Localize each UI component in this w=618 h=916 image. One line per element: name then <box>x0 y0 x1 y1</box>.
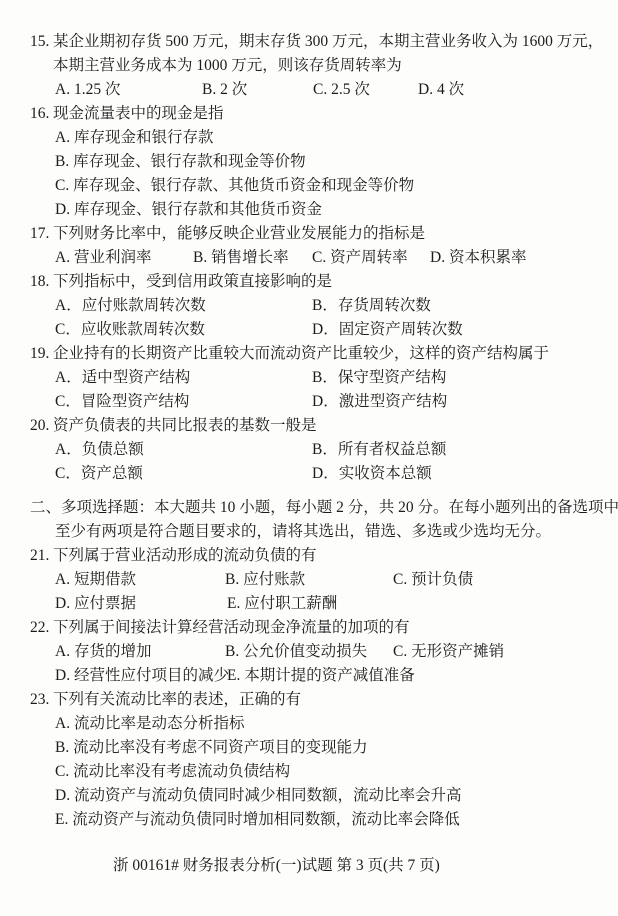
question-23: 23.下列有关流动比率的表述，正确的有 A. 流动比率是动态分析指标 B. 流动… <box>30 688 610 832</box>
q23-option-d: D. 流动资产与流动负债同时减少相同数额，流动比率会升高 <box>30 784 610 808</box>
q16-option-d: D. 库存现金、银行存款和其他货币资金 <box>30 198 610 222</box>
q15-option-d: D. 4 次 <box>418 78 464 102</box>
q19-options-row-2: C．冒险型资产结构D．激进型资产结构 <box>30 390 610 414</box>
section-2-line-2: 至少有两项是符合题目要求的，请将其选出，错选、多选或少选均无分。 <box>30 520 610 544</box>
q16-option-c: C. 库存现金、银行存款、其他货币资金和现金等价物 <box>30 174 610 198</box>
q15-option-c: C. 2.5 次 <box>313 78 418 102</box>
q19-number: 19. <box>30 342 53 366</box>
q19-stem: 企业持有的长期资产比重较大而流动资产比重较少，这样的资产结构属于 <box>53 345 549 362</box>
q18-stem-line: 18.下列指标中，受到信用政策直接影响的是 <box>30 270 610 294</box>
q15-option-a: A. 1.25 次 <box>55 78 202 102</box>
q21-options-row-1: A. 短期借款B. 应付账款C. 预计负债 <box>30 568 610 592</box>
section-2-line-1: 二、多项选择题：本大题共 10 小题，每小题 2 分，共 20 分。在每小题列出… <box>30 496 610 520</box>
q19-option-b: B．保守型资产结构 <box>312 366 446 390</box>
q18-option-d: D．固定资产周转次数 <box>312 318 463 342</box>
q15-options: A. 1.25 次B. 2 次C. 2.5 次D. 4 次 <box>30 78 610 102</box>
q21-option-c: C. 预计负债 <box>393 568 473 592</box>
section-2-label: 二、 <box>30 499 61 516</box>
q18-stem: 下列指标中，受到信用政策直接影响的是 <box>53 273 332 290</box>
q16-option-b: B. 库存现金、银行存款和现金等价物 <box>30 150 610 174</box>
page-footer: 浙 00161# 财务报表分析(一)试题 第 3 页(共 7 页) <box>113 854 440 878</box>
q22-option-a: A. 存货的增加 <box>55 640 225 664</box>
q21-option-e: E. 应付职工薪酬 <box>227 592 337 616</box>
exam-page: 15.某企业期初存货 500 万元，期末存货 300 万元，本期主营业务收入为 … <box>0 0 618 916</box>
q23-option-c: C. 流动比率没有考虑流动负债结构 <box>30 760 610 784</box>
q20-options-row-1: A．负债总额B．所有者权益总额 <box>30 438 610 462</box>
question-17: 17.下列财务比率中，能够反映企业营业发展能力的指标是 A. 营业利润率B. 销… <box>30 222 610 270</box>
q22-stem: 下列属于间接法计算经营活动现金净流量的加项的有 <box>53 619 410 636</box>
q16-number: 16. <box>30 102 53 126</box>
q18-option-c: C．应收账款周转次数 <box>55 318 312 342</box>
q18-options-row-1: A．应付账款周转次数B．存货周转次数 <box>30 294 610 318</box>
q17-option-d: D. 资本积累率 <box>430 246 526 270</box>
q22-options-row-2: D. 经营性应付项目的减少E. 本期计提的资产减值准备 <box>30 664 610 688</box>
q22-number: 22. <box>30 616 53 640</box>
q23-stem-line: 23.下列有关流动比率的表述，正确的有 <box>30 688 610 712</box>
q17-option-a: A. 营业利润率 <box>55 246 193 270</box>
q19-stem-line: 19.企业持有的长期资产比重较大而流动资产比重较少，这样的资产结构属于 <box>30 342 610 366</box>
q16-stem-line: 16.现金流量表中的现金是指 <box>30 102 610 126</box>
q20-option-a: A．负债总额 <box>55 438 312 462</box>
q22-stem-line: 22.下列属于间接法计算经营活动现金净流量的加项的有 <box>30 616 610 640</box>
q19-option-c: C．冒险型资产结构 <box>55 390 312 414</box>
q18-options-row-2: C．应收账款周转次数D．固定资产周转次数 <box>30 318 610 342</box>
q21-options-row-2: D. 应付票据E. 应付职工薪酬 <box>30 592 610 616</box>
q15-stem-line-1: 15.某企业期初存货 500 万元，期末存货 300 万元，本期主营业务收入为 … <box>30 30 610 54</box>
question-16: 16.现金流量表中的现金是指 A. 库存现金和银行存款 B. 库存现金、银行存款… <box>30 102 610 222</box>
q21-option-b: B. 应付账款 <box>225 568 393 592</box>
q20-stem-line: 20.资产负债表的共同比报表的基数一般是 <box>30 414 610 438</box>
q15-option-b: B. 2 次 <box>202 78 313 102</box>
section-2-text: 多项选择题：本大题共 10 小题，每小题 2 分，共 20 分。在每小题列出的备… <box>61 499 618 516</box>
q15-stem-line-2: 本期主营业务成本为 1000 万元，则该存货周转率为 <box>30 54 610 78</box>
q17-number: 17. <box>30 222 53 246</box>
q21-option-a: A. 短期借款 <box>55 568 225 592</box>
q23-option-b: B. 流动比率没有考虑不同资产项目的变现能力 <box>30 736 610 760</box>
q21-number: 21. <box>30 544 53 568</box>
q21-option-d: D. 应付票据 <box>55 592 227 616</box>
q22-option-d: D. 经营性应付项目的减少 <box>55 664 227 688</box>
question-20: 20.资产负债表的共同比报表的基数一般是 A．负债总额B．所有者权益总额 C．资… <box>30 414 610 486</box>
question-18: 18.下列指标中，受到信用政策直接影响的是 A．应付账款周转次数B．存货周转次数… <box>30 270 610 342</box>
q20-options-row-2: C．资产总额D．实收资本总额 <box>30 462 610 486</box>
q23-option-a: A. 流动比率是动态分析指标 <box>30 712 610 736</box>
q17-stem: 下列财务比率中，能够反映企业营业发展能力的指标是 <box>53 225 425 242</box>
section-2-header: 二、多项选择题：本大题共 10 小题，每小题 2 分，共 20 分。在每小题列出… <box>30 496 610 544</box>
q20-stem: 资产负债表的共同比报表的基数一般是 <box>53 417 317 434</box>
q18-option-b: B．存货周转次数 <box>312 294 431 318</box>
q17-options: A. 营业利润率B. 销售增长率C. 资产周转率D. 资本积累率 <box>30 246 610 270</box>
q18-option-a: A．应付账款周转次数 <box>55 294 312 318</box>
q17-option-b: B. 销售增长率 <box>193 246 312 270</box>
q22-option-e: E. 本期计提的资产减值准备 <box>227 664 415 688</box>
q17-stem-line: 17.下列财务比率中，能够反映企业营业发展能力的指标是 <box>30 222 610 246</box>
question-21: 21.下列属于营业活动形成的流动负债的有 A. 短期借款B. 应付账款C. 预计… <box>30 544 610 616</box>
exam-content: 15.某企业期初存货 500 万元，期末存货 300 万元，本期主营业务收入为 … <box>30 30 610 832</box>
q23-option-e: E. 流动资产与流动负债同时增加相同数额，流动比率会降低 <box>30 808 610 832</box>
question-19: 19.企业持有的长期资产比重较大而流动资产比重较少，这样的资产结构属于 A．适中… <box>30 342 610 414</box>
q15-stem: 某企业期初存货 500 万元，期末存货 300 万元，本期主营业务收入为 160… <box>53 33 603 50</box>
q20-option-b: B．所有者权益总额 <box>312 438 446 462</box>
q23-stem: 下列有关流动比率的表述，正确的有 <box>53 691 301 708</box>
q16-stem: 现金流量表中的现金是指 <box>53 105 224 122</box>
q17-option-c: C. 资产周转率 <box>312 246 430 270</box>
q15-number: 15. <box>30 30 53 54</box>
q16-option-a: A. 库存现金和银行存款 <box>30 126 610 150</box>
q22-option-b: B. 公允价值变动损失 <box>225 640 393 664</box>
q21-stem-line: 21.下列属于营业活动形成的流动负债的有 <box>30 544 610 568</box>
q20-option-d: D．实收资本总额 <box>312 462 432 486</box>
q22-options-row-1: A. 存货的增加B. 公允价值变动损失C. 无形资产摊销 <box>30 640 610 664</box>
question-22: 22.下列属于间接法计算经营活动现金净流量的加项的有 A. 存货的增加B. 公允… <box>30 616 610 688</box>
question-15: 15.某企业期初存货 500 万元，期末存货 300 万元，本期主营业务收入为 … <box>30 30 610 102</box>
q20-option-c: C．资产总额 <box>55 462 312 486</box>
q21-stem: 下列属于营业活动形成的流动负债的有 <box>53 547 317 564</box>
q20-number: 20. <box>30 414 53 438</box>
q18-number: 18. <box>30 270 53 294</box>
q23-number: 23. <box>30 688 53 712</box>
q22-option-c: C. 无形资产摊销 <box>393 640 504 664</box>
q19-options-row-1: A．适中型资产结构B．保守型资产结构 <box>30 366 610 390</box>
q19-option-a: A．适中型资产结构 <box>55 366 312 390</box>
q19-option-d: D．激进型资产结构 <box>312 390 447 414</box>
